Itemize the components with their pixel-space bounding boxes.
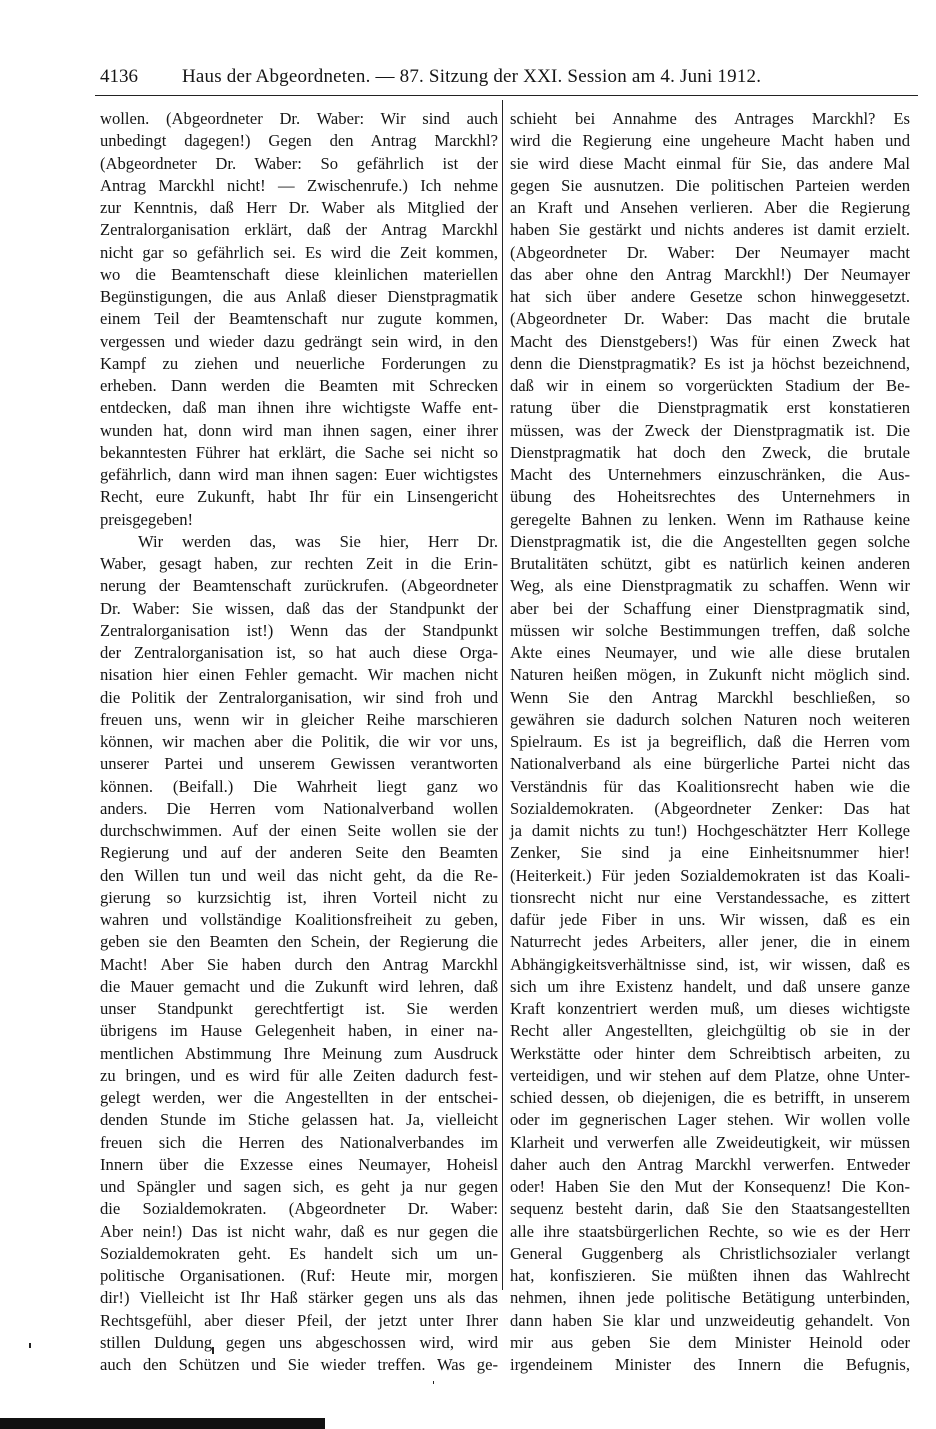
- text-line: Macht! Aber Sie haben durch den Antrag M…: [100, 954, 498, 976]
- left-column: wollen. (Abgeordneter Dr. Waber: Wir sin…: [100, 108, 498, 1376]
- text-line: einem Teil der Beamtenschaft nur zugute …: [100, 308, 498, 330]
- header-rule: [95, 95, 918, 96]
- text-line: Macht des Unternehmers einzuschränken, d…: [510, 464, 910, 486]
- text-line: die Sozialdemokraten. (Abgeordneter Dr. …: [100, 1198, 498, 1220]
- text-line: hat sich über andere Gesetze schon hinwe…: [510, 286, 910, 308]
- text-line: irgendeinem Minister des Innern die Befu…: [510, 1354, 910, 1376]
- text-line: Brutalitäten schützt, gibt es natürlich …: [510, 553, 910, 575]
- text-line: wollen. (Abgeordneter Dr. Waber: Wir sin…: [100, 108, 498, 130]
- text-line: dafür jede Fiber in uns. Wir wissen, daß…: [510, 909, 910, 931]
- text-line: anders. Die Herren vom Nationalverband w…: [100, 798, 498, 820]
- text-line: Kraft konzentriert werden muß, um dieses…: [510, 998, 910, 1020]
- text-line: sie wird diese Macht einmal für Sie, das…: [510, 153, 910, 175]
- text-line: Akte eines Neumayer, und wie alle diese …: [510, 642, 910, 664]
- text-line: können, wir machen aber die Politik, die…: [100, 731, 498, 753]
- text-line: Dienstpragmatik hat doch den Zweck, die …: [510, 442, 910, 464]
- text-line: wunden hat, donn wird man ihnen sagen, e…: [100, 420, 498, 442]
- text-line: Dr. Waber: Sie wissen, daß das der Stand…: [100, 598, 498, 620]
- scanned-page: 4136 Haus der Abgeordneten. — 87. Sitzun…: [0, 0, 936, 1429]
- text-line: übung des Hoheitsrechtes des Unternehmer…: [510, 486, 910, 508]
- text-line: hat, konfiszieren. Sie müßten ihnen das …: [510, 1265, 910, 1287]
- text-line: Zentralorganisation erklärt, daß der Ant…: [100, 219, 498, 241]
- text-line: Macht des Dienstgebers!) Was für einen Z…: [510, 331, 910, 353]
- text-line: tionsrecht nicht nur eine Verstandessach…: [510, 887, 910, 909]
- text-line: haben Sie gestärkt und nichts anderes is…: [510, 219, 910, 241]
- text-line: Wir werden das, was Sie hier, Herr Dr.: [100, 531, 498, 553]
- text-line: oder im gegnerischen Lager stehen. Wir w…: [510, 1109, 910, 1131]
- text-line: politische Organisationen. (Ruf: Heute m…: [100, 1265, 498, 1287]
- text-line: Kampf zu ziehen und neuerliche Forderung…: [100, 353, 498, 375]
- text-line: (Abgeordneter Dr. Waber: Das macht die b…: [510, 308, 910, 330]
- text-line: freuen uns, wenn wir in gleicher Reihe m…: [100, 709, 498, 731]
- text-line: Wenn Sie den Antrag Marckhl beschließen,…: [510, 687, 910, 709]
- text-line: verteidigen, und wir stehen auf dem Plat…: [510, 1065, 910, 1087]
- text-line: (Heiterkeit.) Für jeden Sozialdemokraten…: [510, 865, 910, 887]
- text-line: aber bei der Schaffung einer Dienstpragm…: [510, 598, 910, 620]
- text-line: durchschwimmen. Auf der einen Seite woll…: [100, 820, 498, 842]
- text-line: ja damit nichts zu tun!) Hochgeschätzter…: [510, 820, 910, 842]
- text-line: (Abgeordneter Dr. Waber: Der Neumayer ma…: [510, 242, 910, 264]
- running-title: Haus der Abgeordneten. — 87. Sitzung der…: [182, 66, 808, 88]
- text-line: und Spängler und sagen sich, es geht ja …: [100, 1176, 498, 1198]
- text-line: freuen sich die Herren des Nationalverba…: [100, 1132, 498, 1154]
- text-line: Klarheit und verwerfen alle Zweideutigke…: [510, 1132, 910, 1154]
- scan-edge-shadow: [0, 1418, 325, 1429]
- text-line: Naturrecht jedes Arbeiters, aller jener,…: [510, 931, 910, 953]
- text-line: nisation hier einen Fehler gemacht. Wir …: [100, 664, 498, 686]
- text-line: denn die Dienstpragmatik? Es ist ja höch…: [510, 353, 910, 375]
- text-line: Begünstigungen, die aus Anlaß dieser Die…: [100, 286, 498, 308]
- text-line: Waber, gesagt haben, zur rechten Zeit in…: [100, 553, 498, 575]
- text-line: wo die Beamtenschaft diese kleinlichen m…: [100, 264, 498, 286]
- scan-speck: [212, 1347, 214, 1354]
- text-line: Verständnis für das Koalitionsrecht habe…: [510, 776, 910, 798]
- text-line: Dienstpragmatik ist, die die Angestellte…: [510, 531, 910, 553]
- text-line: Innern über die Exzesse eines Neumayer, …: [100, 1154, 498, 1176]
- text-line: zu bringen, und es wird für alle Zeiten …: [100, 1065, 498, 1087]
- text-line: Sozialdemokraten geht. Es handelt sich u…: [100, 1243, 498, 1265]
- text-line: geregelte Bahnen zu lenken. Wenn im Rath…: [510, 509, 910, 531]
- text-line: Naturen heißen mögen, in Zukunft nicht m…: [510, 664, 910, 686]
- text-line: nicht gar so gefährlich sei. Es wird die…: [100, 242, 498, 264]
- text-line: müssen wir solche Bestimmungen treffen, …: [510, 620, 910, 642]
- text-line: Werkstätte oder hinter dem Schreibtisch …: [510, 1043, 910, 1065]
- text-line: Aber nein!) Das ist nicht wahr, daß es n…: [100, 1221, 498, 1243]
- right-column: schieht bei Annahme des Antrages Marckhl…: [510, 108, 910, 1376]
- text-line: ratung über die Dienstpragmatik erst kon…: [510, 397, 910, 419]
- text-line: erheben. Dann werden die Beamten mit Sch…: [100, 375, 498, 397]
- text-line: oder! Haben Sie den Mut der Konsequenz! …: [510, 1176, 910, 1198]
- text-line: schieht bei Annahme des Antrages Marckhl…: [510, 108, 910, 130]
- page-number: 4136: [100, 66, 182, 88]
- scan-speck: [433, 1381, 434, 1384]
- text-line: (Abgeordneter Dr. Waber: So gefährlich i…: [100, 153, 498, 175]
- text-line: die Mauer gemacht und die Zukunft wird l…: [100, 976, 498, 998]
- text-line: gierung so kurzsichtig ist, ihren Vortei…: [100, 887, 498, 909]
- text-line: denden Stunde im Stiche gelassen hat. Ja…: [100, 1109, 498, 1131]
- scan-speck: [29, 1343, 31, 1348]
- text-line: daß wir in einem so vorgerückten Stadium…: [510, 375, 910, 397]
- text-line: geben sie den Beamten den Schein, der Re…: [100, 931, 498, 953]
- text-line: dir!) Vielleicht ist Ihr Haß stärker geg…: [100, 1287, 498, 1309]
- text-line: bekanntesten Führer hat erklärt, die Sac…: [100, 442, 498, 464]
- running-header: 4136 Haus der Abgeordneten. — 87. Sitzun…: [100, 66, 808, 94]
- text-line: Abhängigkeitsverhältnisse sind, ist, wir…: [510, 954, 910, 976]
- text-line: daher auch den Antrag Marckhl verwerfen.…: [510, 1154, 910, 1176]
- text-line: den Willen tun und weil das nicht geht, …: [100, 865, 498, 887]
- text-line: Recht aller Angestellten, gleichgültig o…: [510, 1020, 910, 1042]
- text-line: unser Standpunkt gerechtfertigt ist. Sie…: [100, 998, 498, 1020]
- column-separator: [502, 100, 503, 1290]
- text-line: Rechtsgefühl, aber dieser Pfeil, der jet…: [100, 1310, 498, 1332]
- text-line: auch den Schützen und Sie wieder treffen…: [100, 1354, 498, 1376]
- text-line: das aber ohne den Antrag Marckhl!) Der N…: [510, 264, 910, 286]
- text-line: nehmen, ihnen jede politische Betätigung…: [510, 1287, 910, 1309]
- text-line: Nationalverband als eine bürgerliche Par…: [510, 753, 910, 775]
- text-line: sich um ihre Existenz handelt, und daß u…: [510, 976, 910, 998]
- text-line: gewähren sie dadurch solchen Naturen noc…: [510, 709, 910, 731]
- text-line: gelegt werden, wer die Angestellten in d…: [100, 1087, 498, 1109]
- text-line: entdecken, daß man ihnen ihre wichtigste…: [100, 397, 498, 419]
- text-line: Zentralorganisation ist!) Wenn das der S…: [100, 620, 498, 642]
- text-line: Sozialdemokraten. (Abgeordneter Zenker: …: [510, 798, 910, 820]
- text-line: Antrag Marckhl nicht! — Zwischenrufe.) I…: [100, 175, 498, 197]
- text-line: wahren und vollständige Koalitionsfreihe…: [100, 909, 498, 931]
- text-line: Recht, eure Zukunft, habt Ihr für ein Li…: [100, 486, 498, 508]
- text-line: vergessen und wieder dazu gedrängt sein …: [100, 331, 498, 353]
- text-line: mir aus geben Sie dem Minister Heinold o…: [510, 1332, 910, 1354]
- text-line: können. (Beifall.) Die Wahrheit liegt ga…: [100, 776, 498, 798]
- text-line: an Kraft und Ansehen verlieren. Aber die…: [510, 197, 910, 219]
- text-line: Zenker, Sie sind ja eine Einheitsnummer …: [510, 842, 910, 864]
- text-line: die Politik der Zentralorganisation, wir…: [100, 687, 498, 709]
- text-line: schied dessen, ob diejenigen, die es bet…: [510, 1087, 910, 1109]
- text-line: übrigens im Hause Gelegenheit haben, in …: [100, 1020, 498, 1042]
- text-line: gefährlich, dann wird man ihnen sagen: E…: [100, 464, 498, 486]
- text-line: Spielraum. Es ist ja begreiflich, daß di…: [510, 731, 910, 753]
- text-line: stillen Duldung gegen uns abgeschossen w…: [100, 1332, 498, 1354]
- text-line: gegen Sie ausnutzen. Die politischen Par…: [510, 175, 910, 197]
- text-line: General Guggenberg als Christlichsoziale…: [510, 1243, 910, 1265]
- text-line: nerung der Beamtenschaft zurückrufen. (A…: [100, 575, 498, 597]
- text-line: dann haben Sie klar und unzweideutig geh…: [510, 1310, 910, 1332]
- text-line: mentlichen Abstimmung Ihre Meinung zum A…: [100, 1043, 498, 1065]
- text-line: zur Kenntnis, daß Herr Dr. Waber als Mit…: [100, 197, 498, 219]
- text-line: sequenz besteht darin, daß Sie den Staat…: [510, 1198, 910, 1220]
- text-line: unserer Partei und unserem Gewissen vera…: [100, 753, 498, 775]
- text-line: müssen, was der Zweck der Dienstpragmati…: [510, 420, 910, 442]
- text-line: der Zentralorganisation ist, so hat auch…: [100, 642, 498, 664]
- text-line: unbedingt dagegen!) Gegen den Antrag Mar…: [100, 130, 498, 152]
- text-line: Weg, als eine Dienstpragmatik zu schaffe…: [510, 575, 910, 597]
- text-line: preisgegeben!: [100, 509, 498, 531]
- text-line: wird die Regierung eine ungeheure Macht …: [510, 130, 910, 152]
- text-line: alle ihre staatsbürgerlichen Rechte, so …: [510, 1221, 910, 1243]
- text-line: Regierung und auf der anderen Seite den …: [100, 842, 498, 864]
